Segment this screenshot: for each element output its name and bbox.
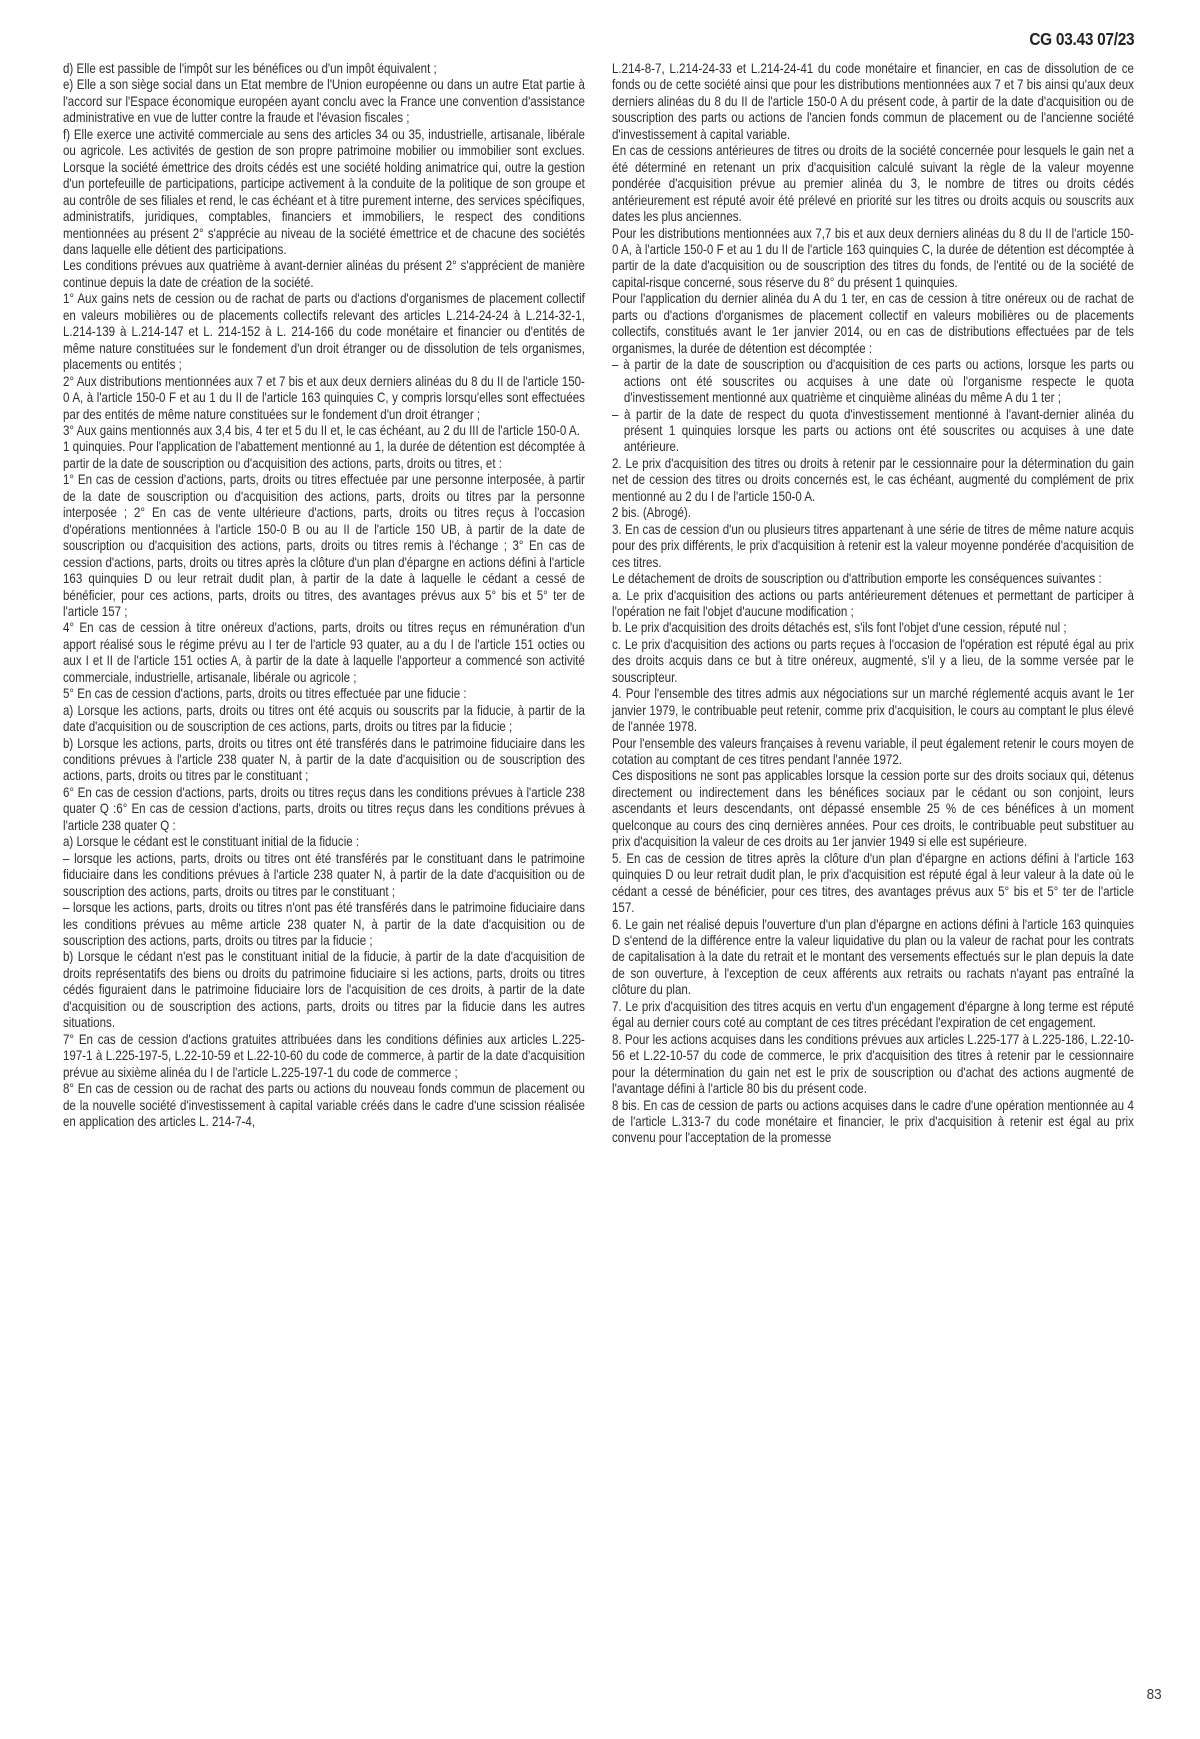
paragraph: 1° En cas de cession d'actions, parts, d… <box>63 472 585 620</box>
paragraph: Pour l'application du dernier alinéa du … <box>612 291 1134 357</box>
paragraph: 2. Le prix d'acquisition des titres ou d… <box>612 456 1134 505</box>
paragraph: En cas de cessions antérieures de titres… <box>612 143 1134 225</box>
paragraph: Les conditions prévues aux quatrième à a… <box>63 258 585 291</box>
page-number: 83 <box>1147 1686 1162 1703</box>
paragraph: e) Elle a son siège social dans un Etat … <box>63 77 585 126</box>
paragraph: 2 bis. (Abrogé). <box>612 505 1134 521</box>
paragraph: Ces dispositions ne sont pas applicables… <box>612 768 1134 850</box>
paragraph: b) Lorsque les actions, parts, droits ou… <box>63 736 585 785</box>
paragraph: – lorsque les actions, parts, droits ou … <box>63 900 585 949</box>
paragraph: – à partir de la date de respect du quot… <box>612 407 1134 456</box>
paragraph: a. Le prix d'acquisition des actions ou … <box>612 588 1134 621</box>
paragraph: a) Lorsque le cédant est le constituant … <box>63 834 585 850</box>
paragraph: 6. Le gain net réalisé depuis l'ouvertur… <box>612 917 1134 999</box>
paragraph: 5. En cas de cession de titres après la … <box>612 851 1134 917</box>
paragraph: 8. Pour les actions acquises dans les co… <box>612 1032 1134 1098</box>
paragraph: 7° En cas de cession d'actions gratuites… <box>63 1032 585 1081</box>
paragraph: 6° En cas de cession d'actions, parts, d… <box>63 785 585 834</box>
paragraph: L.214-8-7, L.214-24-33 et L.214-24-41 du… <box>612 61 1134 143</box>
paragraph: 8° En cas de cession ou de rachat des pa… <box>63 1081 585 1130</box>
paragraph: b. Le prix d'acquisition des droits déta… <box>612 620 1134 636</box>
paragraph: b) Lorsque le cédant n'est pas le consti… <box>63 949 585 1031</box>
document-page: CG 03.43 07/23 d) Elle est passible de l… <box>0 0 1200 1739</box>
paragraph: – lorsque les actions, parts, droits ou … <box>63 851 585 900</box>
left-column: d) Elle est passible de l'impôt sur les … <box>63 61 585 1130</box>
paragraph: 8 bis. En cas de cession de parts ou act… <box>612 1098 1134 1147</box>
paragraph: f) Elle exerce une activité commerciale … <box>63 127 585 259</box>
paragraph: – à partir de la date de souscription ou… <box>612 357 1134 406</box>
paragraph: 3. En cas de cession d'un ou plusieurs t… <box>612 522 1134 571</box>
paragraph: 5° En cas de cession d'actions, parts, d… <box>63 686 585 702</box>
paragraph: 7. Le prix d'acquisition des titres acqu… <box>612 999 1134 1032</box>
paragraph: 4. Pour l'ensemble des titres admis aux … <box>612 686 1134 735</box>
paragraph: 3° Aux gains mentionnés aux 3,4 bis, 4 t… <box>63 423 585 439</box>
paragraph: Pour l'ensemble des valeurs françaises à… <box>612 736 1134 769</box>
paragraph: d) Elle est passible de l'impôt sur les … <box>63 61 585 77</box>
document-reference-code: CG 03.43 07/23 <box>1029 29 1134 50</box>
paragraph: a) Lorsque les actions, parts, droits ou… <box>63 703 585 736</box>
paragraph: 1° Aux gains nets de cession ou de racha… <box>63 291 585 373</box>
paragraph: Pour les distributions mentionnées aux 7… <box>612 226 1134 292</box>
paragraph: 4° En cas de cession à titre onéreux d'a… <box>63 620 585 686</box>
right-column: L.214-8-7, L.214-24-33 et L.214-24-41 du… <box>612 61 1134 1147</box>
paragraph: c. Le prix d'acquisition des actions ou … <box>612 637 1134 686</box>
paragraph: Le détachement de droits de souscription… <box>612 571 1134 587</box>
paragraph: 1 quinquies. Pour l'application de l'aba… <box>63 439 585 472</box>
paragraph: 2° Aux distributions mentionnées aux 7 e… <box>63 374 585 423</box>
